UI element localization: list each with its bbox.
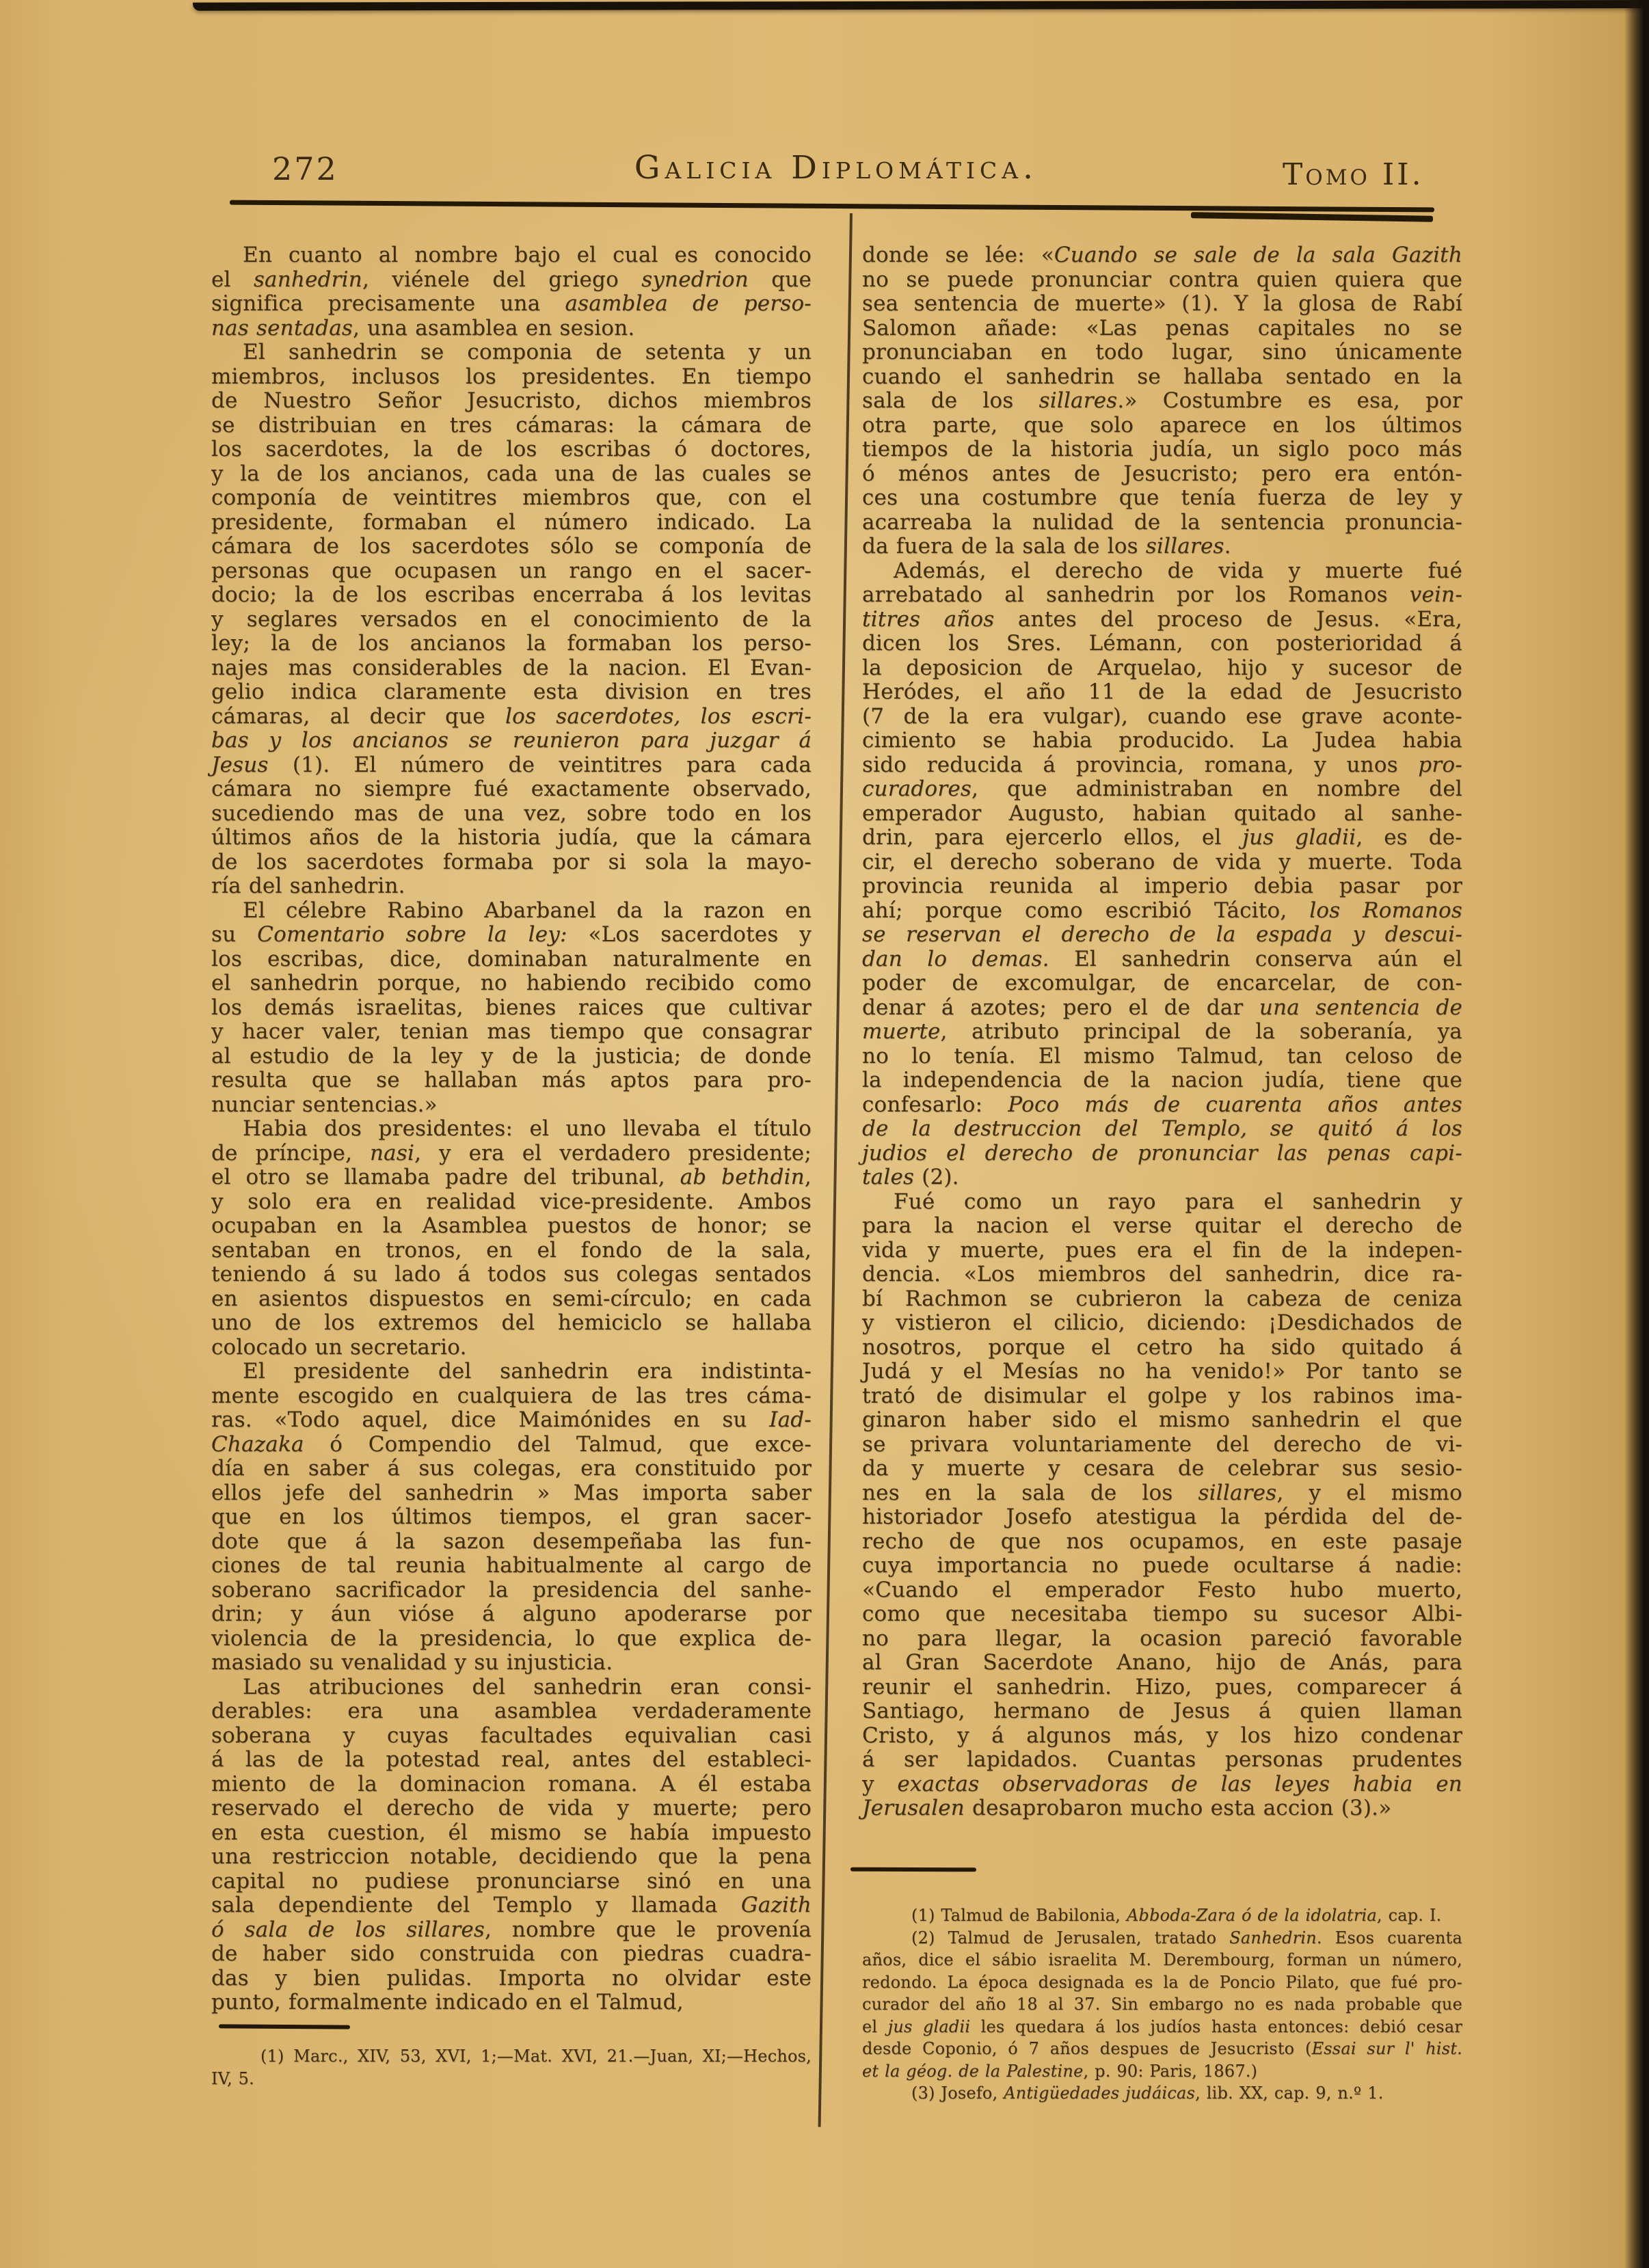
- text-line: ley; la de los ancianos la formaban los …: [211, 632, 812, 656]
- text-line: bas y los ancianos se reunieron para juz…: [211, 729, 812, 753]
- text-line: (3) Josefo, Antigüedades judáicas, lib. …: [862, 2082, 1462, 2105]
- text-line: (1) Marc., XIV, 53, XVI, 1;—Mat. XVI, 21…: [211, 2045, 812, 2090]
- text-line: al estudio de la ley y de la justicia; d…: [211, 1044, 812, 1069]
- text-line: personas que ocupasen un rango en el sac…: [211, 559, 812, 584]
- text-line: teniendo á su lado á todos sus colegas s…: [211, 1263, 812, 1287]
- text-line: en esta cuestion, él mismo se había impu…: [211, 1821, 812, 1846]
- text-line: y exactas observadoras de las leyes habi…: [862, 1772, 1462, 1797]
- text-line: y solo era en realidad vice-presidente. …: [211, 1190, 812, 1215]
- text-line: ocupaban en la Asamblea puestos de honor…: [211, 1214, 812, 1239]
- text-line: colocado un secretario.: [211, 1336, 812, 1360]
- text-line: de haber sido construida con piedras cua…: [211, 1942, 812, 1967]
- text-line: El sanhedrin se componia de setenta y un: [211, 340, 812, 365]
- text-line: muerte, atributo principal de la soberan…: [862, 1020, 1462, 1044]
- text-line: de príncipe, nasi, y era el verdadero pr…: [211, 1142, 812, 1166]
- text-line: najes mas considerables de la nacion. El…: [211, 656, 812, 681]
- text-line: Cristo, y á algunos más, y los hizo cond…: [862, 1724, 1462, 1749]
- text-line: años, dice el sábio israelita M. Derembo…: [862, 1949, 1462, 1971]
- right-footnote-rule: [850, 1867, 976, 1872]
- text-line: Judá y el Mesías no ha venido!» Por tant…: [862, 1360, 1462, 1384]
- text-line: ellos jefe del sanhedrin » Mas importa s…: [211, 1481, 812, 1506]
- text-line: para la nacion el verse quitar el derech…: [862, 1214, 1462, 1239]
- text-line: docio; la de los escribas encerraba á lo…: [211, 583, 812, 608]
- text-line: das y bien pulidas. Importa no olvidar e…: [211, 1967, 812, 1991]
- text-line: (7 de la era vulgar), cuando ese grave a…: [862, 705, 1462, 729]
- text-line: da fuera de la sala de los sillares.: [862, 535, 1462, 559]
- text-line: miembros, inclusos los presidentes. En t…: [211, 365, 812, 390]
- text-line: En cuanto al nombre bajo el cual es cono…: [211, 243, 812, 268]
- text-line: significa precisamente una asamblea de p…: [211, 292, 812, 316]
- text-line: como que necesitaba tiempo su sucesor Al…: [862, 1602, 1462, 1627]
- text-line: de Nuestro Señor Jesucristo, dichos miem…: [211, 389, 812, 414]
- text-line: nes en la sala de los sillares, y el mis…: [862, 1481, 1462, 1506]
- text-line: al Gran Sacerdote Anano, hijo de Anás, p…: [862, 1651, 1462, 1675]
- text-line: y hacer valer, tenian mas tiempo que con…: [211, 1020, 812, 1044]
- text-line: la deposicion de Arquelao, hijo y suceso…: [862, 656, 1462, 681]
- text-line: judios el derecho de pronunciar las pena…: [862, 1142, 1462, 1166]
- text-line: dote que á la sazon desempeñaba las fun-: [211, 1530, 812, 1554]
- text-line: y seglares versados en el conocimiento d…: [211, 608, 812, 632]
- text-line: punto, formalmente indicado en el Talmud…: [211, 1990, 812, 2015]
- text-line: Jesus (1). El número de veintitres para …: [211, 753, 812, 778]
- text-line: recho de que nos ocupamos, en este pasaj…: [862, 1530, 1462, 1554]
- text-line: reservado el derecho de vida y muerte; p…: [211, 1796, 812, 1821]
- text-line: ó sala de los sillares, nombre que le pr…: [211, 1918, 812, 1943]
- right-column-text: donde se lée: «Cuando se sale de la sala…: [862, 243, 1462, 1821]
- text-line: los escribas, dice, dominaban naturalmen…: [211, 947, 812, 972]
- text-line: cámara no siempre fué exactamente observ…: [211, 777, 812, 802]
- text-line: acarreaba la nulidad de la sentencia pro…: [862, 511, 1462, 535]
- text-line: se distribuian en tres cámaras: la cámar…: [211, 414, 812, 438]
- text-line: Las atribuciones del sanhedrin eran cons…: [211, 1675, 812, 1700]
- text-line: últimos años de la historia judía, que l…: [211, 826, 812, 850]
- text-line: masiado su venalidad y su injusticia.: [211, 1651, 812, 1675]
- text-line: ciones de tal reunia habitualmente al ca…: [211, 1554, 812, 1578]
- text-line: soberano sacrificador la presidencia del…: [211, 1578, 812, 1603]
- text-line: ría del sanhedrin.: [211, 874, 812, 899]
- text-line: el sanhedrin porque, no habiendo recibid…: [211, 971, 812, 996]
- text-line: emperador Augusto, habian quitado al san…: [862, 802, 1462, 826]
- text-line: El presidente del sanhedrin era indistin…: [211, 1360, 812, 1384]
- text-line: nunciar sentencias.»: [211, 1093, 812, 1118]
- text-line: bí Rachmon se cubrieron la cabeza de cen…: [862, 1287, 1462, 1312]
- text-line: el sanhedrin, viénele del griego synedri…: [211, 268, 812, 293]
- text-line: denar á azotes; pero el de dar una sente…: [862, 996, 1462, 1021]
- text-line: no para llegar, la ocasion pareció favor…: [862, 1627, 1462, 1651]
- text-line: poder de excomulgar, de encarcelar, de c…: [862, 971, 1462, 996]
- text-line: no se puede pronunciar contra quien quie…: [862, 268, 1462, 293]
- text-line: cir, el derecho soberano de vida y muert…: [862, 850, 1462, 875]
- text-line: trató de disimular el golpe y los rabino…: [862, 1384, 1462, 1409]
- text-line: ahí; porque como escribió Tácito, los Ro…: [862, 899, 1462, 923]
- volume-label: Tomo II.: [1283, 157, 1424, 192]
- text-line: y la de los ancianos, cada una de las cu…: [211, 462, 812, 487]
- text-line: sea sentencia de muerte» (1). Y la glosa…: [862, 292, 1462, 316]
- text-line: curador del año 18 al 37. Sin embargo no…: [862, 1993, 1462, 2016]
- text-line: sido reducida á provincia, romana, y uno…: [862, 753, 1462, 778]
- text-line: tiempos de la historia judía, un siglo p…: [862, 437, 1462, 462]
- text-line: soberana y cuyas facultades equivalian c…: [211, 1724, 812, 1749]
- right-footnotes-text: (1) Talmud de Babilonia, Abboda-Zara ó d…: [862, 1904, 1462, 2105]
- text-line: nosotros, porque el cetro ha sido quitad…: [862, 1336, 1462, 1360]
- text-line: arrebatado al sanhedrin por los Romanos …: [862, 583, 1462, 608]
- text-line: de los sacerdotes formaba por si sola la…: [211, 850, 812, 875]
- text-line: capital no pudiese pronunciarse sinó en …: [211, 1869, 812, 1894]
- text-line: ras. «Todo aquel, dice Maimónides en su …: [211, 1408, 812, 1433]
- text-line: Habia dos presidentes: el uno llevaba el…: [211, 1117, 812, 1142]
- text-line: reunir el sanhedrin. Hizo, pues, compare…: [862, 1675, 1462, 1700]
- text-line: ó ménos antes de Jesucristo; pero era en…: [862, 462, 1462, 487]
- text-line: (2) Talmud de Jerusalen, tratado Sanhedr…: [862, 1927, 1462, 1949]
- text-line: redondo. La época designada es la de Pon…: [862, 1971, 1462, 1994]
- text-line: gelio indica claramente esta division en…: [211, 680, 812, 705]
- text-line: et la géog. de la Palestine, p. 90: Pari…: [862, 2060, 1462, 2083]
- text-line: ces una costumbre que tenía fuerza de le…: [862, 486, 1462, 511]
- text-line: resulta que se hallaban más aptos para p…: [211, 1068, 812, 1093]
- text-line: Jerusalen desaprobaron mucho esta accion…: [862, 1796, 1462, 1821]
- text-line: que en los últimos tiempos, el gran sace…: [211, 1505, 812, 1530]
- text-line: sala dependiente del Templo y llamada Ga…: [211, 1893, 812, 1918]
- page-title: Galicia Diplomática.: [212, 149, 1460, 187]
- text-line: sucediendo mas de una vez, sobre todo en…: [211, 802, 812, 826]
- text-line: Fué como un rayo para el sanhedrin y: [862, 1190, 1462, 1215]
- header-rule-right-segment: [1191, 212, 1433, 222]
- text-line: mente escogido en cualquiera de las tres…: [211, 1384, 812, 1409]
- column-divider-rule: [818, 213, 853, 2127]
- text-line: dan lo demas. El sanhedrin conserva aún …: [862, 947, 1462, 972]
- text-line: sala de los sillares.» Costumbre es esa,…: [862, 389, 1462, 414]
- text-line: nas sentadas, una asamblea en sesion.: [211, 316, 812, 341]
- text-line: desde Coponio, ó 7 años despues de Jesuc…: [862, 2038, 1462, 2060]
- text-line: tales (2).: [862, 1165, 1462, 1190]
- text-line: cuando el sanhedrin se hallaba sentado e…: [862, 365, 1462, 390]
- text-line: á ser lapidados. Cuantas personas pruden…: [862, 1748, 1462, 1772]
- text-line: drin, para ejercerlo ellos, el jus gladi…: [862, 826, 1462, 850]
- text-line: de la destruccion del Templo, se quitó á…: [862, 1117, 1462, 1142]
- text-line: uno de los extremos del hemiciclo se hal…: [211, 1311, 812, 1336]
- text-line: «Cuando el emperador Festo hubo muerto,: [862, 1578, 1462, 1603]
- text-line: historiador Josefo atestigua la pérdida …: [862, 1505, 1462, 1530]
- text-line: componía de veintitres miembros que, con…: [211, 486, 812, 511]
- text-line: cuya importancia no puede ocultarse á na…: [862, 1554, 1462, 1578]
- text-line: drin; y áun vióse á alguno apoderarse po…: [211, 1602, 812, 1627]
- text-line: cámara de los sacerdotes sólo se componí…: [211, 535, 812, 559]
- text-line: los sacerdotes, la de los escribas ó doc…: [211, 437, 812, 462]
- text-line: se privara voluntariamente del derecho d…: [862, 1433, 1462, 1457]
- left-column-text: En cuanto al nombre bajo el cual es cono…: [211, 243, 812, 2015]
- text-line: miento de la dominacion romana. A él est…: [211, 1772, 812, 1797]
- text-line: cámaras, al decir que los sacerdotes, lo…: [211, 705, 812, 729]
- text-line: una restriccion notable, decidiendo que …: [211, 1845, 812, 1869]
- text-line: ginaron haber sido el mismo sanhedrin el…: [862, 1408, 1462, 1433]
- text-line: en asientos dispuestos en semi-círculo; …: [211, 1287, 812, 1312]
- text-line: Chazaka ó Compendio del Talmud, que exce…: [211, 1433, 812, 1457]
- text-line: pronunciaban en todo lugar, sino únicame…: [862, 340, 1462, 365]
- text-line: Heródes, el año 11 de la edad de Jesucri…: [862, 680, 1462, 705]
- text-line: Salomon añade: «Las penas capitales no s…: [862, 316, 1462, 341]
- scan-top-edge: [193, 0, 1649, 11]
- text-line: no lo tenía. El mismo Talmud, tan celoso…: [862, 1044, 1462, 1069]
- text-line: dicen los Sres. Lémann, con posteriorida…: [862, 632, 1462, 656]
- text-line: (1) Talmud de Babilonia, Abboda-Zara ó d…: [862, 1904, 1462, 1927]
- text-line: cimiento se habia producido. La Judea ha…: [862, 729, 1462, 753]
- text-line: el jus gladii les quedara á los judíos h…: [862, 2016, 1462, 2038]
- text-line: derables: era una asamblea verdaderament…: [211, 1699, 812, 1724]
- text-line: Además, el derecho de vida y muerte fué: [862, 559, 1462, 584]
- text-line: confesarlo: Poco más de cuarenta años an…: [862, 1093, 1462, 1118]
- text-line: día en saber á sus colegas, era constitu…: [211, 1457, 812, 1481]
- text-line: se reservan el derecho de la espada y de…: [862, 923, 1462, 947]
- left-footnote-rule: [219, 2024, 350, 2029]
- text-line: su Comentario sobre la ley: «Los sacerdo…: [211, 923, 812, 947]
- text-line: El célebre Rabino Abarbanel da la razon …: [211, 899, 812, 923]
- scan-right-edge: [1624, 0, 1649, 2268]
- text-line: vida y muerte, pues era el fin de la ind…: [862, 1239, 1462, 1263]
- text-line: los demás israelitas, bienes raices que …: [211, 996, 812, 1021]
- scanned-book-page: 272 Galicia Diplomática. Tomo II. En cua…: [0, 0, 1649, 2268]
- text-line: presidente, formaban el número indicado.…: [211, 511, 812, 535]
- text-line: otra parte, que solo aparece en los últi…: [862, 414, 1462, 438]
- text-line: donde se lée: «Cuando se sale de la sala…: [862, 243, 1462, 268]
- text-line: provincia reunida al imperio debia pasar…: [862, 874, 1462, 899]
- text-line: Santiago, hermano de Jesus á quien llama…: [862, 1699, 1462, 1724]
- text-line: curadores, que administraban en nombre d…: [862, 777, 1462, 802]
- text-line: titres años antes del proceso de Jesus. …: [862, 608, 1462, 632]
- text-line: da y muerte y cesara de celebrar sus ses…: [862, 1457, 1462, 1481]
- text-line: y vistieron el cilicio, diciendo: ¡Desdi…: [862, 1311, 1462, 1336]
- text-line: á las de la potestad real, antes del est…: [211, 1748, 812, 1772]
- text-line: dencia. «Los miembros del sanhedrin, dic…: [862, 1263, 1462, 1287]
- text-line: violencia de la presidencia, lo que expl…: [211, 1627, 812, 1651]
- text-line: el otro se llamaba padre del tribunal, a…: [211, 1165, 812, 1190]
- text-line: sentaban en tronos, en el fondo de la sa…: [211, 1239, 812, 1263]
- header-rule: [230, 200, 1434, 213]
- text-line: la independencia de la nacion judía, tie…: [862, 1068, 1462, 1093]
- left-footnote-text: (1) Marc., XIV, 53, XVI, 1;—Mat. XVI, 21…: [211, 2045, 812, 2090]
